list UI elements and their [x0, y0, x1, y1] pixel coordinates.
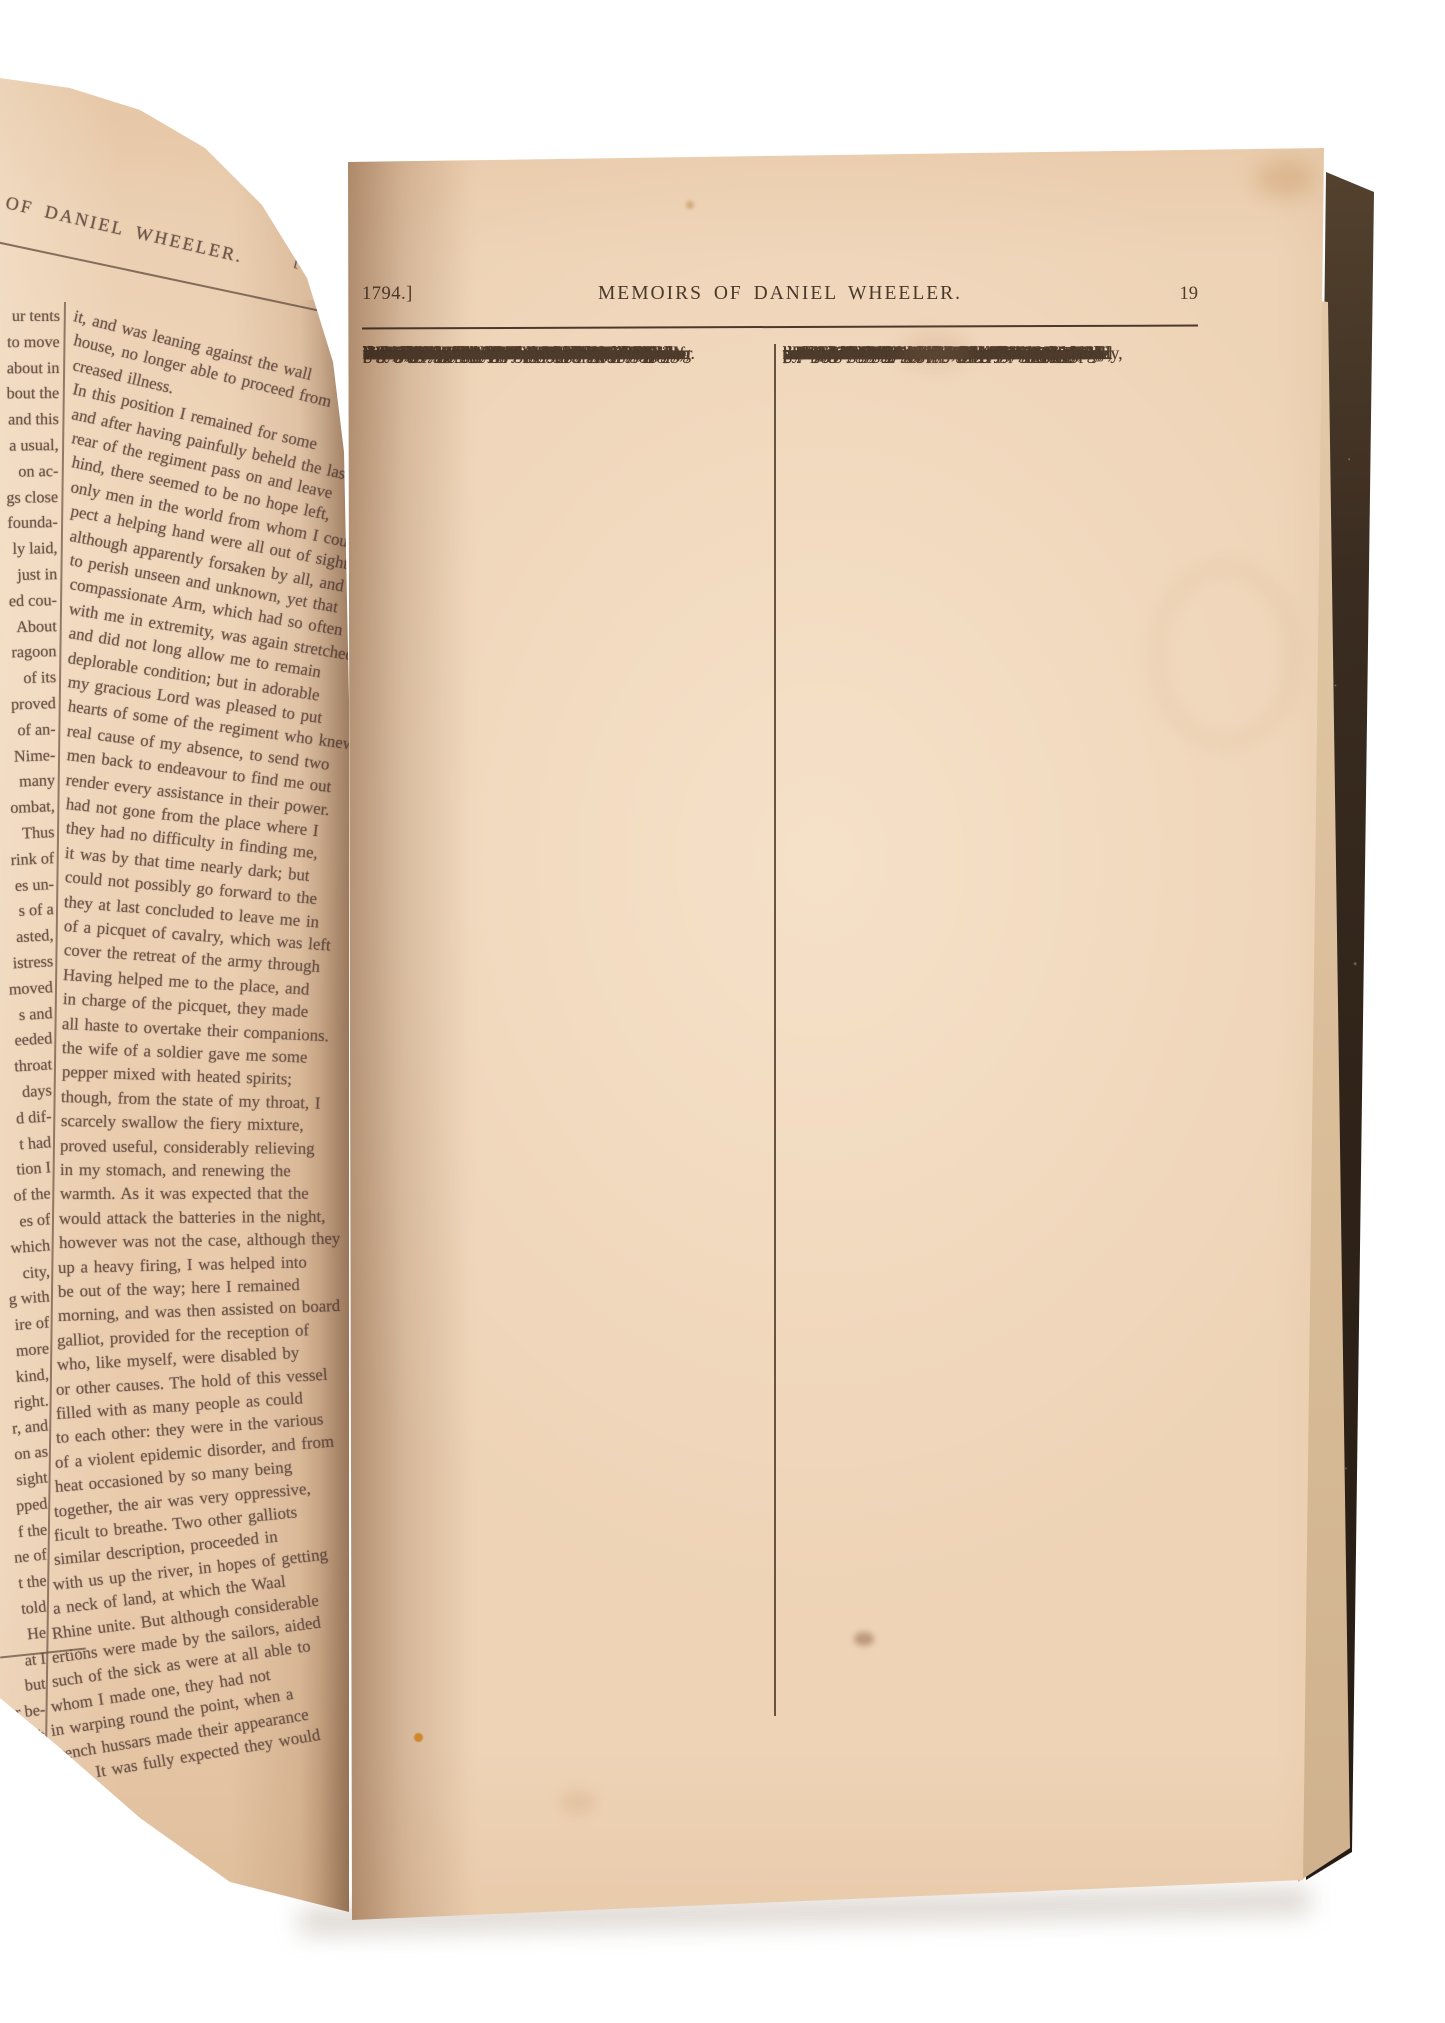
left-page-line: warmth. As it was expected that the — [60, 1184, 380, 1205]
text-line: that I had given my watch into the hands… — [783, 342, 1093, 364]
left-page-line: proved useful, considerably relieving — [60, 1136, 380, 1160]
stain-spot — [686, 201, 694, 209]
left-page-line: though, from the state of my throat, I — [61, 1087, 381, 1115]
left-page-line: would attack the batteries in the night, — [59, 1206, 379, 1229]
left-edge-fragment: , but — [0, 1751, 50, 1777]
left-page-line: in my stomach, and renewing the — [60, 1160, 380, 1182]
left-page-line: scarcely swallow the fiery mixture, — [61, 1111, 381, 1137]
page-title: MEMOIRS OF DANIEL WHEELER. — [362, 283, 1198, 305]
book-photograph: 1794.] MEMOIRS OF DANIEL WHEELER. 19 dea… — [0, 0, 1445, 2023]
left-edge-fragment: fter- — [0, 1777, 49, 1803]
stain-smudge — [560, 1790, 596, 1814]
column-divider — [774, 344, 776, 1716]
text-column-left: deavour to prevent our escape, by openin… — [363, 342, 767, 1702]
header-rule — [362, 325, 1198, 330]
corner-stain — [1255, 158, 1315, 198]
stain-spot — [414, 1733, 423, 1742]
header-page-number: 19 — [1120, 284, 1198, 305]
left-page-line: however was not the case, although they — [59, 1228, 379, 1253]
text-column-right: which had the desired effect for a short… — [783, 342, 1197, 1702]
left-edge-fragment: the — [0, 1802, 49, 1828]
text-line: ministered a small quantity of strong co… — [363, 342, 684, 364]
